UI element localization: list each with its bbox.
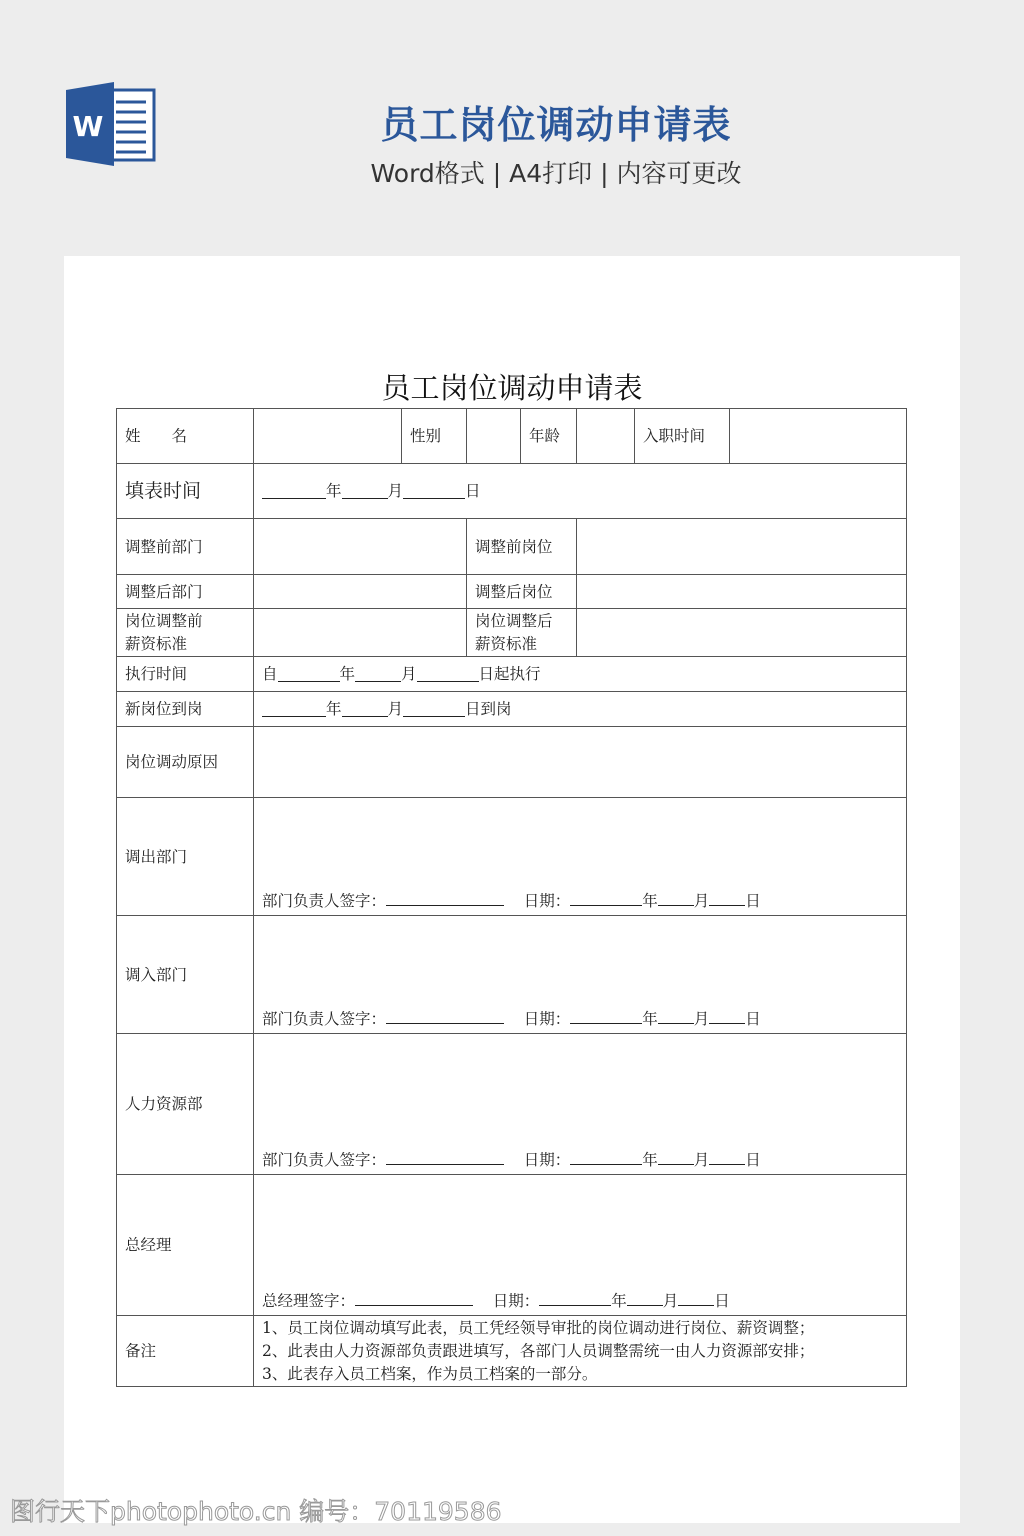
approval-gm-field[interactable]: 总经理签字： 日期：年月日 bbox=[253, 1174, 907, 1316]
note-line: 2、此表由人力资源部负责跟进填写，各部门人员调整需统一由人力资源部安排； bbox=[262, 1340, 814, 1363]
gender-label: 性别 bbox=[401, 408, 467, 464]
month-label: 月 bbox=[401, 662, 417, 686]
word-doc-icon: W bbox=[64, 82, 156, 166]
sign-label: 部门负责人签字： bbox=[262, 892, 386, 910]
approval-in-dept-label: 调入部门 bbox=[116, 915, 254, 1034]
post-after-label: 调整后岗位 bbox=[466, 574, 577, 609]
exec-time-field[interactable]: 自年月日起执行 bbox=[253, 656, 907, 692]
day-label: 日 bbox=[465, 479, 481, 503]
notes-label: 备注 bbox=[116, 1315, 254, 1387]
month-label: 月 bbox=[388, 697, 404, 721]
signature-line: 总经理签字： 日期：年月日 bbox=[262, 1289, 730, 1313]
gender-field[interactable] bbox=[466, 408, 521, 464]
fill-date-label: 填表时间 bbox=[116, 463, 254, 519]
dept-before-label: 调整前部门 bbox=[116, 518, 254, 575]
month-label: 月 bbox=[663, 1292, 679, 1310]
date-label: 日期： bbox=[493, 1292, 540, 1310]
year-label: 年 bbox=[326, 479, 342, 503]
approval-hr-label: 人力资源部 bbox=[116, 1033, 254, 1175]
hire-date-label: 入职时间 bbox=[634, 408, 730, 464]
note-line: 3、此表存入员工档案，作为员工档案的一部分。 bbox=[262, 1363, 814, 1386]
day-label: 日 bbox=[745, 1010, 761, 1028]
month-label: 月 bbox=[694, 892, 710, 910]
post-before-field[interactable] bbox=[576, 518, 907, 575]
date-label: 日期： bbox=[524, 1151, 571, 1169]
post-before-label: 调整前岗位 bbox=[466, 518, 577, 575]
day-label: 日 bbox=[714, 1292, 730, 1310]
dept-after-label: 调整后部门 bbox=[116, 574, 254, 609]
new-post-field[interactable]: 年月日到岗 bbox=[253, 691, 907, 727]
fill-date-field[interactable]: 年月日 bbox=[253, 463, 907, 519]
sign-label: 部门负责人签字： bbox=[262, 1010, 386, 1028]
day-label: 日 bbox=[745, 1151, 761, 1169]
month-label: 月 bbox=[388, 479, 404, 503]
approval-gm-label: 总经理 bbox=[116, 1174, 254, 1316]
post-after-field[interactable] bbox=[576, 574, 907, 609]
svg-text:W: W bbox=[73, 110, 104, 143]
exec-prefix: 自 bbox=[262, 662, 278, 686]
salary-after-label: 岗位调整后薪资标准 bbox=[466, 608, 577, 657]
watermark: 图行天下photophoto.cn 编号：70119586 bbox=[10, 1492, 502, 1528]
year-label: 年 bbox=[642, 1151, 658, 1169]
exec-suffix: 日起执行 bbox=[479, 662, 541, 686]
age-field[interactable] bbox=[576, 408, 635, 464]
salary-before-label-line1: 岗位调整前 bbox=[125, 610, 203, 633]
reason-field[interactable] bbox=[253, 726, 907, 798]
year-label: 年 bbox=[326, 697, 342, 721]
sign-label: 部门负责人签字： bbox=[262, 1151, 386, 1169]
note-line: 1、员工岗位调动填写此表，员工凭经领导审批的岗位调动进行岗位、薪资调整； bbox=[262, 1317, 814, 1340]
document-page: 员工岗位调动申请表 姓 名 性别 年龄 入职时间 填表时间 年月日 调整前部门 … bbox=[64, 256, 960, 1523]
month-label: 月 bbox=[694, 1151, 710, 1169]
salary-after-label-line2: 薪资标准 bbox=[475, 633, 553, 656]
dept-after-field[interactable] bbox=[253, 574, 467, 609]
year-label: 年 bbox=[642, 1010, 658, 1028]
year-label: 年 bbox=[642, 892, 658, 910]
name-field[interactable] bbox=[253, 408, 402, 464]
banner-title: 员工岗位调动申请表 bbox=[300, 94, 812, 149]
salary-after-label-line1: 岗位调整后 bbox=[475, 610, 553, 633]
new-post-label: 新岗位到岗 bbox=[116, 691, 254, 727]
date-label: 日期： bbox=[524, 892, 571, 910]
name-label: 姓 名 bbox=[116, 408, 254, 464]
month-label: 月 bbox=[694, 1010, 710, 1028]
salary-before-label: 岗位调整前薪资标准 bbox=[116, 608, 254, 657]
approval-hr-field[interactable]: 部门负责人签字： 日期：年月日 bbox=[253, 1033, 907, 1175]
year-label: 年 bbox=[611, 1292, 627, 1310]
banner-subtitle: Word格式 | A4打印 | 内容可更改 bbox=[300, 154, 812, 190]
year-label: 年 bbox=[340, 662, 356, 686]
salary-before-field[interactable] bbox=[253, 608, 467, 657]
notes-content: 1、员工岗位调动填写此表，员工凭经领导审批的岗位调动进行岗位、薪资调整； 2、此… bbox=[253, 1315, 907, 1387]
transfer-form-table: 姓 名 性别 年龄 入职时间 填表时间 年月日 调整前部门 调整前岗位 调整后部… bbox=[116, 408, 907, 1386]
signature-line: 部门负责人签字： 日期：年月日 bbox=[262, 1148, 761, 1172]
signature-line: 部门负责人签字： 日期：年月日 bbox=[262, 1007, 761, 1031]
hire-date-field[interactable] bbox=[729, 408, 907, 464]
document-title: 员工岗位调动申请表 bbox=[64, 366, 960, 407]
sign-label: 总经理签字： bbox=[262, 1292, 355, 1310]
date-label: 日期： bbox=[524, 1010, 571, 1028]
salary-before-label-line2: 薪资标准 bbox=[125, 633, 203, 656]
dept-before-field[interactable] bbox=[253, 518, 467, 575]
reason-label: 岗位调动原因 bbox=[116, 726, 254, 798]
approval-out-dept-label: 调出部门 bbox=[116, 797, 254, 916]
age-label: 年龄 bbox=[520, 408, 577, 464]
exec-time-label: 执行时间 bbox=[116, 656, 254, 692]
salary-after-field[interactable] bbox=[576, 608, 907, 657]
signature-line: 部门负责人签字： 日期：年月日 bbox=[262, 889, 761, 913]
approval-out-dept-field[interactable]: 部门负责人签字： 日期：年月日 bbox=[253, 797, 907, 916]
new-post-suffix: 日到岗 bbox=[465, 697, 512, 721]
day-label: 日 bbox=[745, 892, 761, 910]
approval-in-dept-field[interactable]: 部门负责人签字： 日期：年月日 bbox=[253, 915, 907, 1034]
